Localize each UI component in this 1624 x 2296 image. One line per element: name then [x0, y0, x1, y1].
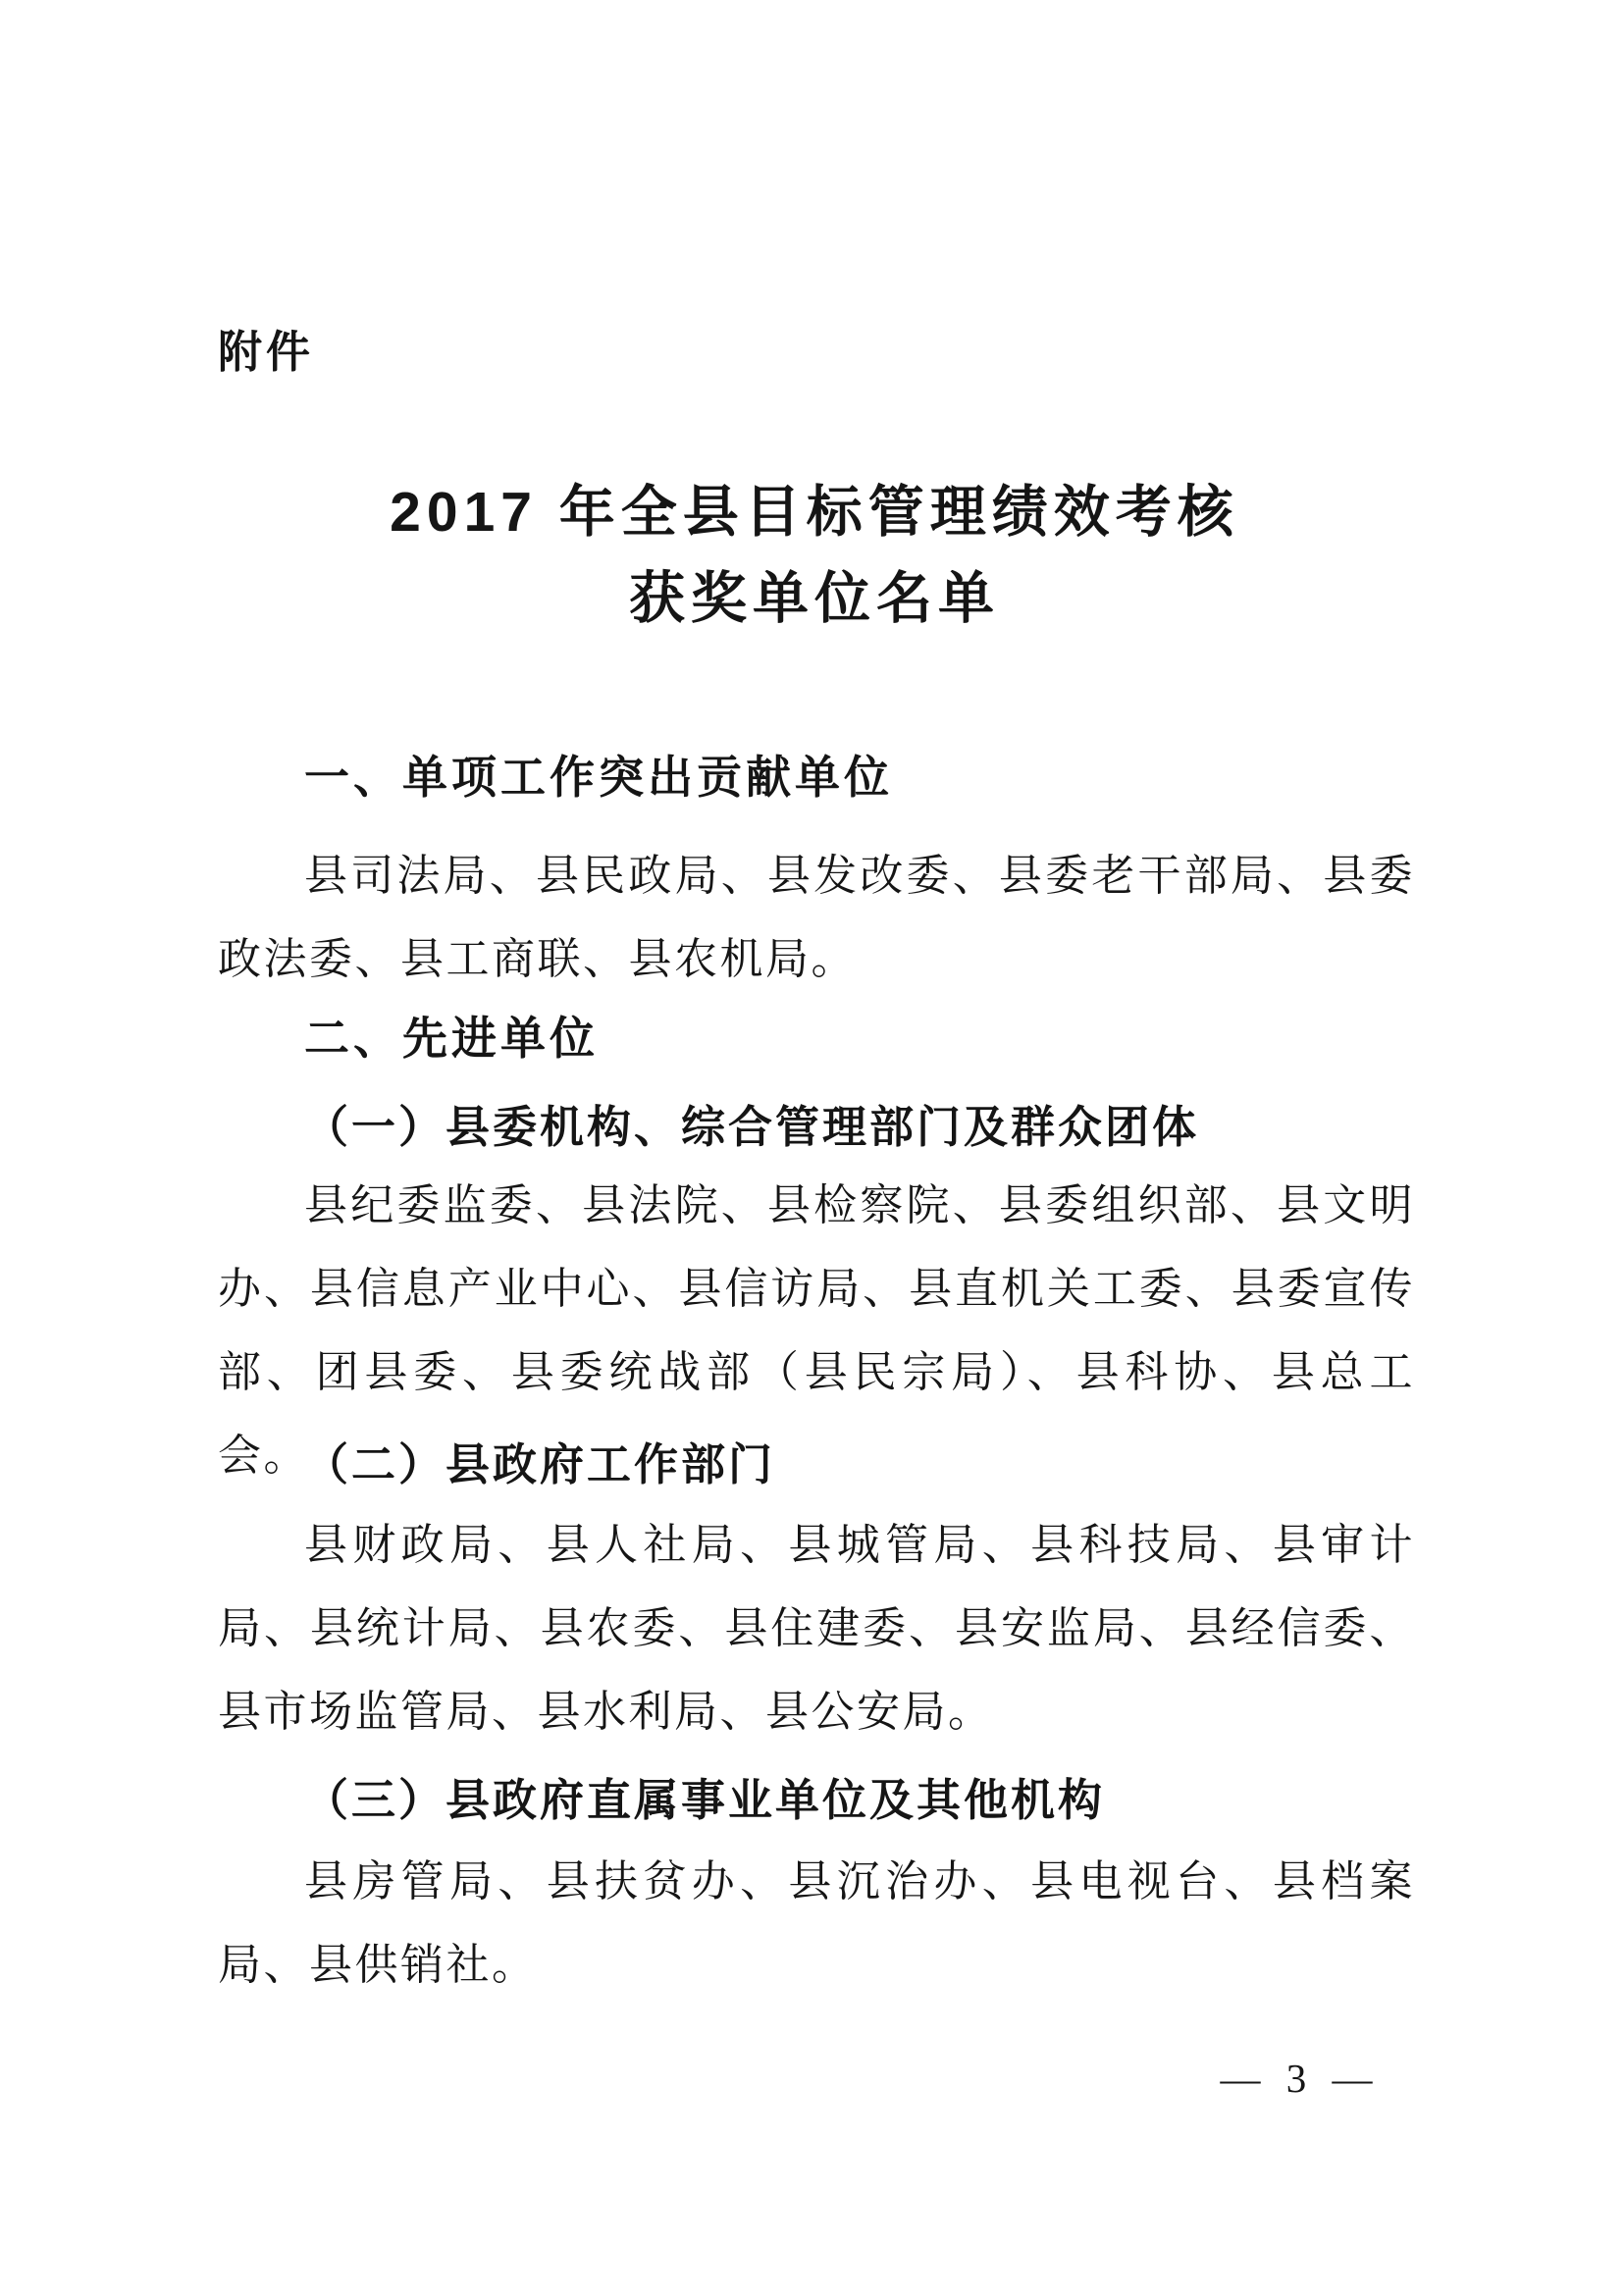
document-page: 附件 2017 年全县目标管理绩效考核 获奖单位名单 一、单项工作突出贡献单位 … — [0, 0, 1624, 2296]
document-title: 2017 年全县目标管理绩效考核 获奖单位名单 — [177, 469, 1452, 642]
subsection-3-heading: （三）县政府直属事业单位及其他机构 — [304, 1764, 1105, 1828]
section-2-heading: 二、先进单位 — [304, 1003, 599, 1068]
section-1-paragraph: 县司法局、县民政局、县发改委、县委老干部局、县委政法委、县工商联、县农机局。 — [218, 834, 1415, 1001]
title-line-2: 获奖单位名单 — [177, 555, 1452, 642]
subsection-1-heading: （一）县委机构、综合管理部门及群众团体 — [304, 1091, 1199, 1155]
section-1-heading: 一、单项工作突出贡献单位 — [304, 742, 893, 807]
title-line-1: 2017 年全县目标管理绩效考核 — [177, 469, 1452, 555]
page-number: — 3 — — [1138, 2055, 1462, 2102]
subsection-2-heading: （二）县政府工作部门 — [304, 1429, 775, 1492]
attachment-label: 附件 — [218, 316, 314, 380]
subsection-3-paragraph: 县房管局、县扶贫办、县沉治办、县电视台、县档案局、县供销社。 — [218, 1840, 1415, 2007]
subsection-2-paragraph: 县财政局、县人社局、县城管局、县科技局、县审计局、县统计局、县农委、县住建委、县… — [218, 1503, 1415, 1753]
